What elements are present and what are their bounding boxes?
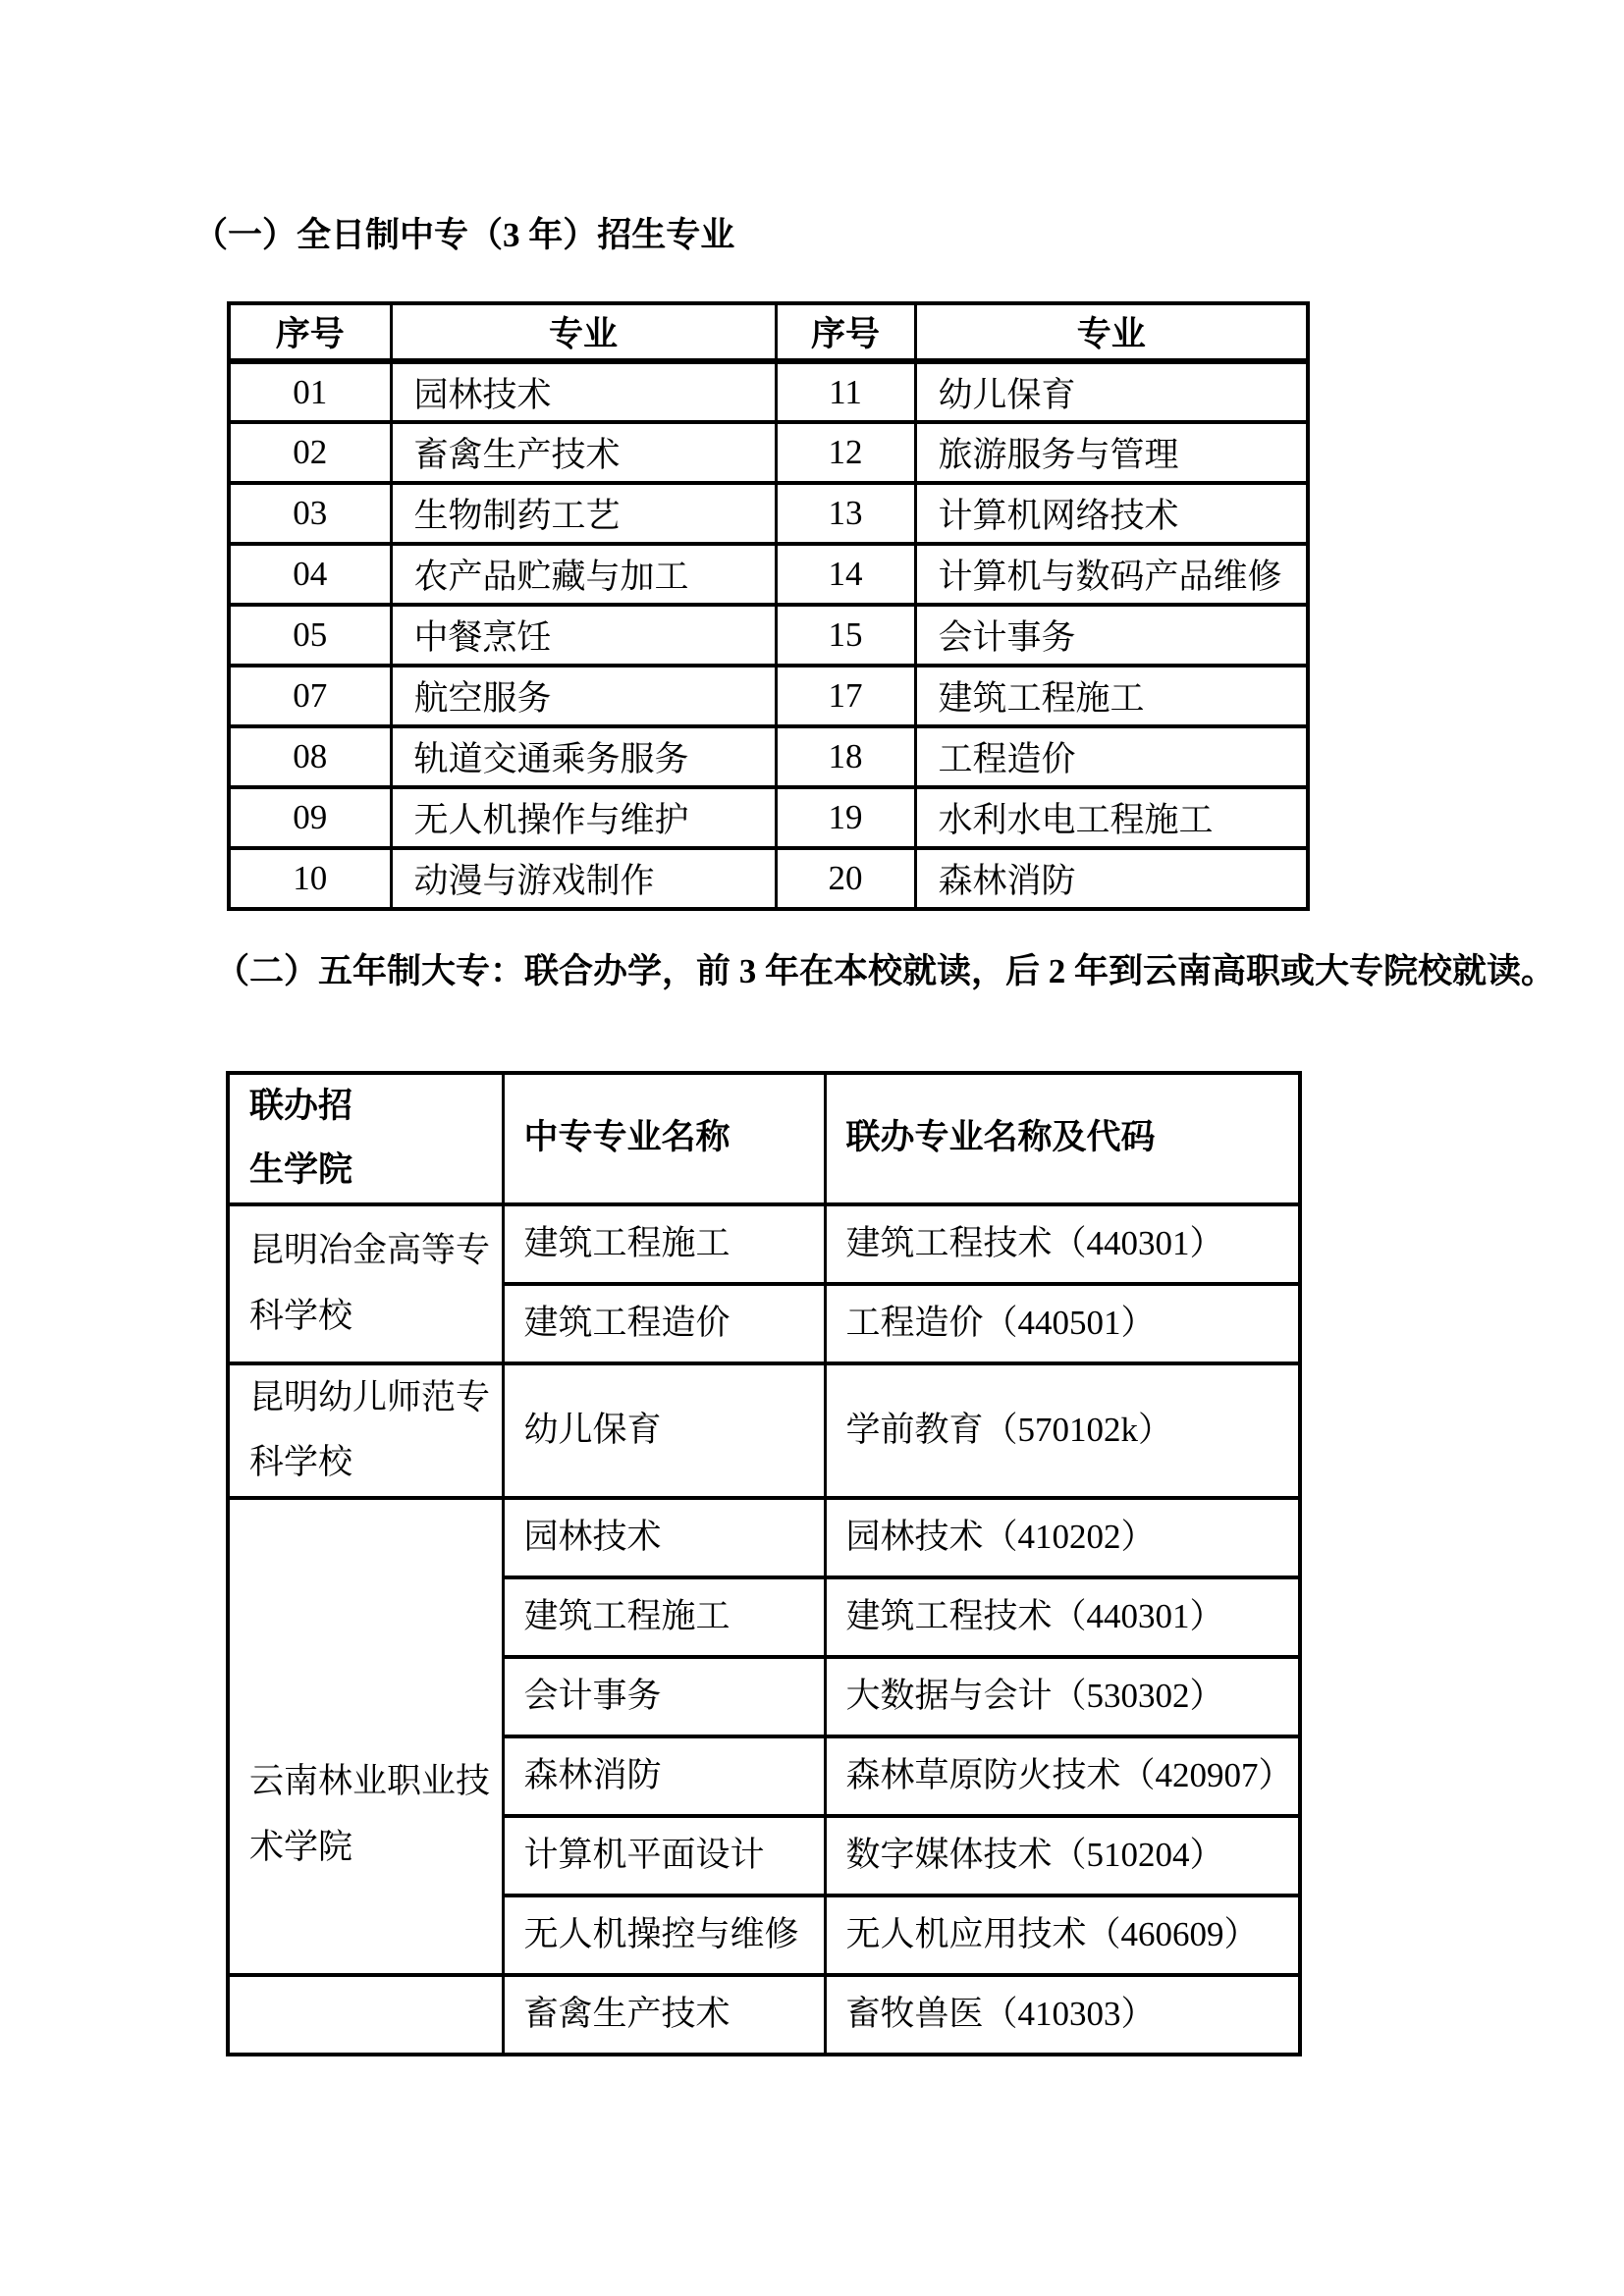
mid-major-cell: 计算机平面设计 (503, 1816, 825, 1896)
joint-major-cell: 建筑工程技术（440301） (825, 1204, 1300, 1284)
table-row: 05中餐烹饪15会计事务 (229, 605, 1308, 666)
major-cell: 工程造价 (915, 726, 1308, 787)
mid-major-cell: 畜禽生产技术 (503, 1975, 825, 2055)
serial-cell: 08 (229, 726, 391, 787)
serial-cell: 19 (776, 787, 915, 848)
college-cell: 云南林业职业技术学院 (228, 1498, 503, 1975)
table-row: 07航空服务17建筑工程施工 (229, 666, 1308, 726)
major-cell: 水利水电工程施工 (915, 787, 1308, 848)
mid-major-cell: 无人机操控与维修 (503, 1896, 825, 1975)
major-cell: 航空服务 (391, 666, 776, 726)
joint-major-cell: 工程造价（440501） (825, 1284, 1300, 1363)
major-cell: 计算机与数码产品维修 (915, 544, 1308, 605)
table-row: 10动漫与游戏制作20森林消防 (229, 848, 1308, 909)
header-row: 序号 专业 序号 专业 (229, 303, 1308, 361)
serial-cell: 20 (776, 848, 915, 909)
section2-title: （二）五年制大专：联合办学，前 3 年在本校就读，后 2 年到云南高职或大专院校… (215, 950, 1555, 993)
serial-header-left: 序号 (229, 303, 391, 361)
fulltime-majors-table-body: 01园林技术11幼儿保育02畜禽生产技术12旅游服务与管理03生物制药工艺13计… (229, 361, 1308, 909)
major-cell: 会计事务 (915, 605, 1308, 666)
mid-major-cell: 园林技术 (503, 1498, 825, 1577)
joint-major-cell: 大数据与会计（530302） (825, 1657, 1300, 1736)
major-cell: 中餐烹饪 (391, 605, 776, 666)
major-cell: 旅游服务与管理 (915, 422, 1308, 483)
serial-cell: 04 (229, 544, 391, 605)
college-name: 昆明冶金高等专科学校 (249, 1231, 490, 1335)
serial-cell: 07 (229, 666, 391, 726)
college-cell: 昆明幼儿师范专科学校 (228, 1363, 503, 1498)
serial-cell: 05 (229, 605, 391, 666)
major-cell: 畜禽生产技术 (391, 422, 776, 483)
major-cell: 森林消防 (915, 848, 1308, 909)
mid-major-cell: 森林消防 (503, 1736, 825, 1816)
serial-cell: 14 (776, 544, 915, 605)
joint-major-cell: 学前教育（570102k） (825, 1363, 1300, 1498)
serial-cell: 17 (776, 666, 915, 726)
major-cell: 生物制药工艺 (391, 483, 776, 544)
table-row: 畜禽生产技术畜牧兽医（410303） (228, 1975, 1300, 2055)
fulltime-majors-table-header: 序号 专业 序号 专业 (229, 303, 1308, 361)
major-cell: 轨道交通乘务服务 (391, 726, 776, 787)
college-cell (228, 1975, 503, 2055)
table-row: 03生物制药工艺13计算机网络技术 (229, 483, 1308, 544)
table-row: 09无人机操作与维护19水利水电工程施工 (229, 787, 1308, 848)
mid-major-cell: 建筑工程施工 (503, 1204, 825, 1284)
major-cell: 计算机网络技术 (915, 483, 1308, 544)
fulltime-majors-table: 序号 专业 序号 专业 01园林技术11幼儿保育02畜禽生产技术12旅游服务与管… (227, 301, 1310, 911)
college-name: 昆明幼儿师范专科学校 (249, 1378, 490, 1482)
joint-major-header: 联办专业名称及代码 (825, 1073, 1300, 1204)
major-cell: 动漫与游戏制作 (391, 848, 776, 909)
serial-header-right: 序号 (776, 303, 915, 361)
major-cell: 建筑工程施工 (915, 666, 1308, 726)
document-page: （一）全日制中专（3 年）招生专业 序号 专业 序号 专业 01园林技术11幼儿… (0, 0, 1624, 2296)
table-row: 01园林技术11幼儿保育 (229, 361, 1308, 422)
joint-college-table-body: 昆明冶金高等专科学校建筑工程施工建筑工程技术（440301）建筑工程造价工程造价… (228, 1204, 1300, 2055)
serial-cell: 18 (776, 726, 915, 787)
joint-college-table-header: 联办招 生学院 中专专业名称 联办专业名称及代码 (228, 1073, 1300, 1204)
serial-cell: 03 (229, 483, 391, 544)
joint-college-table: 联办招 生学院 中专专业名称 联办专业名称及代码 昆明冶金高等专科学校建筑工程施… (226, 1071, 1302, 2056)
serial-cell: 11 (776, 361, 915, 422)
table-row: 昆明冶金高等专科学校建筑工程施工建筑工程技术（440301） (228, 1204, 1300, 1284)
college-cell: 昆明冶金高等专科学校 (228, 1204, 503, 1363)
serial-cell: 12 (776, 422, 915, 483)
major-header-left: 专业 (391, 303, 776, 361)
table-row: 云南林业职业技术学院园林技术园林技术（410202） (228, 1498, 1300, 1577)
header-row: 联办招 生学院 中专专业名称 联办专业名称及代码 (228, 1073, 1300, 1204)
mid-major-cell: 建筑工程施工 (503, 1577, 825, 1657)
joint-major-cell: 建筑工程技术（440301） (825, 1577, 1300, 1657)
mid-major-cell: 会计事务 (503, 1657, 825, 1736)
serial-cell: 13 (776, 483, 915, 544)
college-name: 云南林业职业技术学院 (249, 1749, 502, 1880)
serial-cell: 10 (229, 848, 391, 909)
table-row: 昆明幼儿师范专科学校幼儿保育学前教育（570102k） (228, 1363, 1300, 1498)
mid-major-header: 中专专业名称 (503, 1073, 825, 1204)
serial-cell: 15 (776, 605, 915, 666)
major-cell: 园林技术 (391, 361, 776, 422)
major-cell: 农产品贮藏与加工 (391, 544, 776, 605)
serial-cell: 01 (229, 361, 391, 422)
major-cell: 幼儿保育 (915, 361, 1308, 422)
joint-major-cell: 畜牧兽医（410303） (825, 1975, 1300, 2055)
college-header: 联办招 生学院 (228, 1073, 503, 1204)
joint-major-cell: 园林技术（410202） (825, 1498, 1300, 1577)
serial-cell: 02 (229, 422, 391, 483)
major-cell: 无人机操作与维护 (391, 787, 776, 848)
mid-major-cell: 幼儿保育 (503, 1363, 825, 1498)
joint-major-cell: 数字媒体技术（510204） (825, 1816, 1300, 1896)
joint-major-cell: 无人机应用技术（460609） (825, 1896, 1300, 1975)
serial-cell: 09 (229, 787, 391, 848)
table-row: 04农产品贮藏与加工14计算机与数码产品维修 (229, 544, 1308, 605)
major-header-right: 专业 (915, 303, 1308, 361)
table-row: 02畜禽生产技术12旅游服务与管理 (229, 422, 1308, 483)
section1-title: （一）全日制中专（3 年）招生专业 (193, 214, 734, 257)
joint-major-cell: 森林草原防火技术（420907） (825, 1736, 1300, 1816)
table-row: 08轨道交通乘务服务18工程造价 (229, 726, 1308, 787)
mid-major-cell: 建筑工程造价 (503, 1284, 825, 1363)
